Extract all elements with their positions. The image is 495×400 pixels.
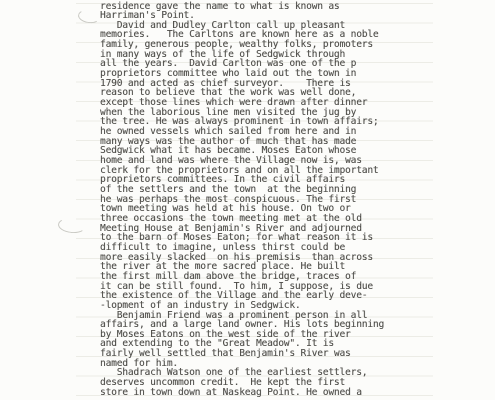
typewritten-text-block: residence gave the name to what is known… bbox=[100, 2, 384, 398]
pencil-mark-top bbox=[77, 9, 101, 25]
text-line: store in town down at Naskeag Point. He … bbox=[100, 388, 384, 398]
document-page: residence gave the name to what is known… bbox=[0, 0, 495, 400]
pencil-mark-middle bbox=[57, 217, 86, 234]
